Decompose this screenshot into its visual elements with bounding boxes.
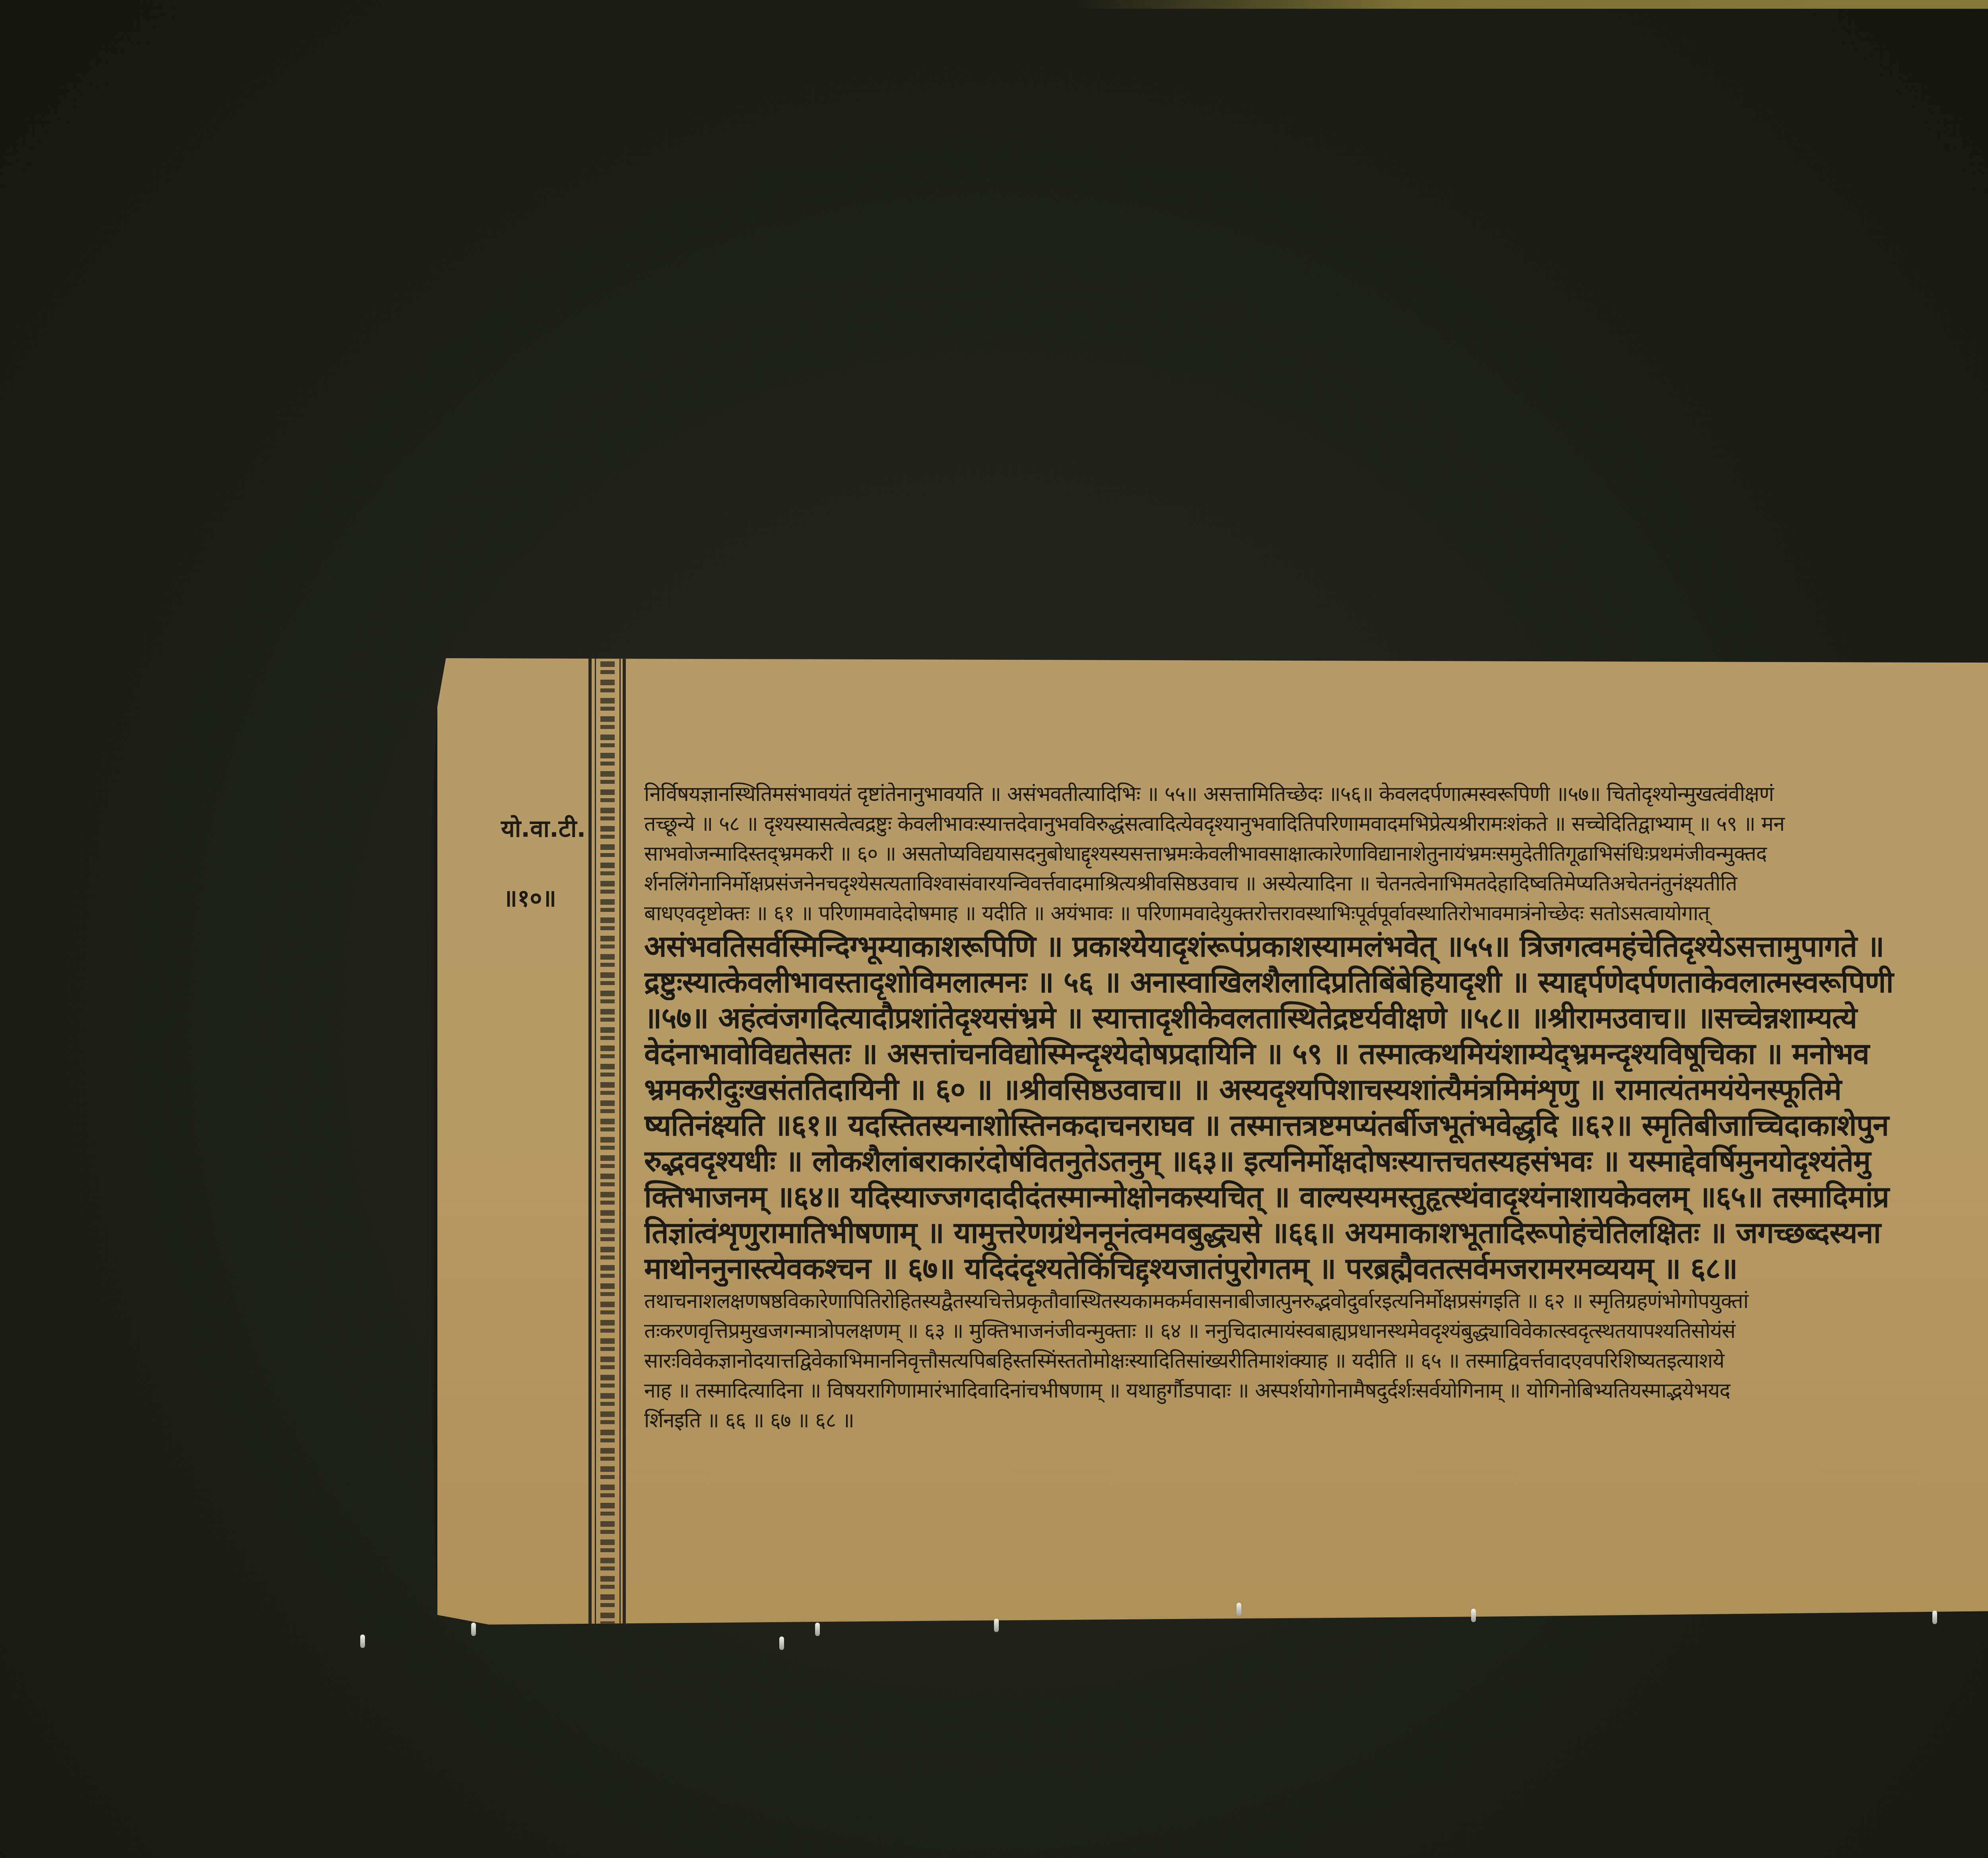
verse-line: ॥५७॥ अहंत्वंजगदित्यादौप्रशांतेदृश्यसंभ्र… bbox=[644, 1000, 1988, 1036]
verse-block: असंभवतिसर्वस्मिन्दिग्भूम्याकाशरूपिणि ॥ प… bbox=[644, 929, 1988, 1287]
mounting-pin-icon bbox=[1237, 1603, 1241, 1616]
verse-line: असंभवतिसर्वस्मिन्दिग्भूम्याकाशरूपिणि ॥ प… bbox=[644, 929, 1988, 964]
mounting-pin-icon bbox=[1471, 1609, 1476, 1622]
mounting-pin-icon bbox=[1932, 1611, 1937, 1624]
mounting-pin-icon bbox=[471, 1623, 476, 1636]
verse-line: तिज्ञांत्वंशृणुरामातिभीषणाम् ॥ यामुत्तरे… bbox=[644, 1215, 1988, 1251]
commentary-line: नाह ॥ तस्मादित्यादिना ॥ विषयरागिणामारंभा… bbox=[644, 1376, 1988, 1406]
commentary-bottom: तथाचनाशलक्षणषष्ठविकारेणापितिरोहितस्यद्वै… bbox=[644, 1287, 1988, 1436]
verse-line: ष्यतिनंक्ष्यति ॥६१॥ यदस्तितस्यनाशोस्तिनक… bbox=[644, 1108, 1988, 1143]
verse-line: क्तिभाजनम् ॥६४॥ यदिस्याज्जगदादीदंतस्मान्… bbox=[644, 1179, 1988, 1215]
left-folio-number: ॥१०॥ bbox=[503, 881, 556, 913]
backdrop-light-strip bbox=[1074, 0, 1988, 9]
verse-line: वेदंनाभावोविद्यतेसतः ॥ असत्तांचनविद्योस्… bbox=[644, 1036, 1988, 1072]
verse-line: द्रष्टुःस्यात्केवलीभावस्तादृशोविमलात्मनः… bbox=[644, 964, 1988, 1000]
manuscript-page: यो.वा.टी. ॥१०॥ उत्प.प्र. ३ ॥१०॥ निर्विषय… bbox=[437, 658, 1988, 1625]
left-border-rule-inner bbox=[623, 658, 626, 1625]
commentary-line: र्शनलिंगेनानिर्मोक्षप्रसंजनेनचदृश्येसत्य… bbox=[644, 869, 1988, 899]
running-title: यो.वा.टी. bbox=[501, 811, 586, 844]
left-border-rule-thin bbox=[595, 658, 596, 1625]
mounting-pin-icon bbox=[994, 1619, 999, 1632]
left-border-rule-thin-2 bbox=[619, 658, 621, 1625]
text-block: निर्विषयज्ञानस्थितिमसंभावयंतं दृष्टांतेन… bbox=[644, 779, 1988, 1436]
commentary-line: सारःविवेकज्ञानोदयात्तद्विवेकाभिमाननिवृत्… bbox=[644, 1346, 1988, 1376]
commentary-line: तच्छून्ये ॥ ५८ ॥ दृश्यस्यासत्वेत्वद्रष्ट… bbox=[644, 809, 1988, 839]
verse-line: माथोननुनास्त्येवकश्चन ॥ ६७॥ यदिदंदृश्यते… bbox=[644, 1251, 1988, 1287]
left-border-rule-outer bbox=[588, 658, 592, 1625]
commentary-line: तथाचनाशलक्षणषष्ठविकारेणापितिरोहितस्यद्वै… bbox=[644, 1287, 1988, 1316]
verse-line: भ्रमकरीदुःखसंततिदायिनी ॥ ६० ॥ ॥श्रीवसिष्… bbox=[644, 1072, 1988, 1108]
commentary-line: निर्विषयज्ञानस्थितिमसंभावयंतं दृष्टांतेन… bbox=[644, 779, 1988, 809]
commentary-line: र्शिनइति ॥ ६६ ॥ ६७ ॥ ६८ ॥ bbox=[644, 1406, 1988, 1436]
mounting-pin-icon bbox=[360, 1634, 365, 1648]
verse-line: रुद्भवदृश्यधीः ॥ लोकशैलांबराकारंदोषंवितन… bbox=[644, 1143, 1988, 1179]
commentary-line: बाधएवदृष्टोक्तः ॥ ६१ ॥ परिणामवादेदोषमाह … bbox=[644, 899, 1988, 929]
commentary-line: साभवोजन्मादिस्तद्भ्रमकरी ॥ ६० ॥ असतोप्यव… bbox=[644, 839, 1988, 869]
commentary-top: निर्विषयज्ञानस्थितिमसंभावयंतं दृष्टांतेन… bbox=[644, 779, 1988, 929]
commentary-line: तःकरणवृत्तिप्रमुखजगन्मात्रोपलक्षणम् ॥ ६३… bbox=[644, 1316, 1988, 1346]
left-floral-border-icon bbox=[600, 658, 615, 1625]
mounting-pin-icon bbox=[815, 1623, 820, 1636]
mounting-pin-icon bbox=[779, 1636, 784, 1650]
